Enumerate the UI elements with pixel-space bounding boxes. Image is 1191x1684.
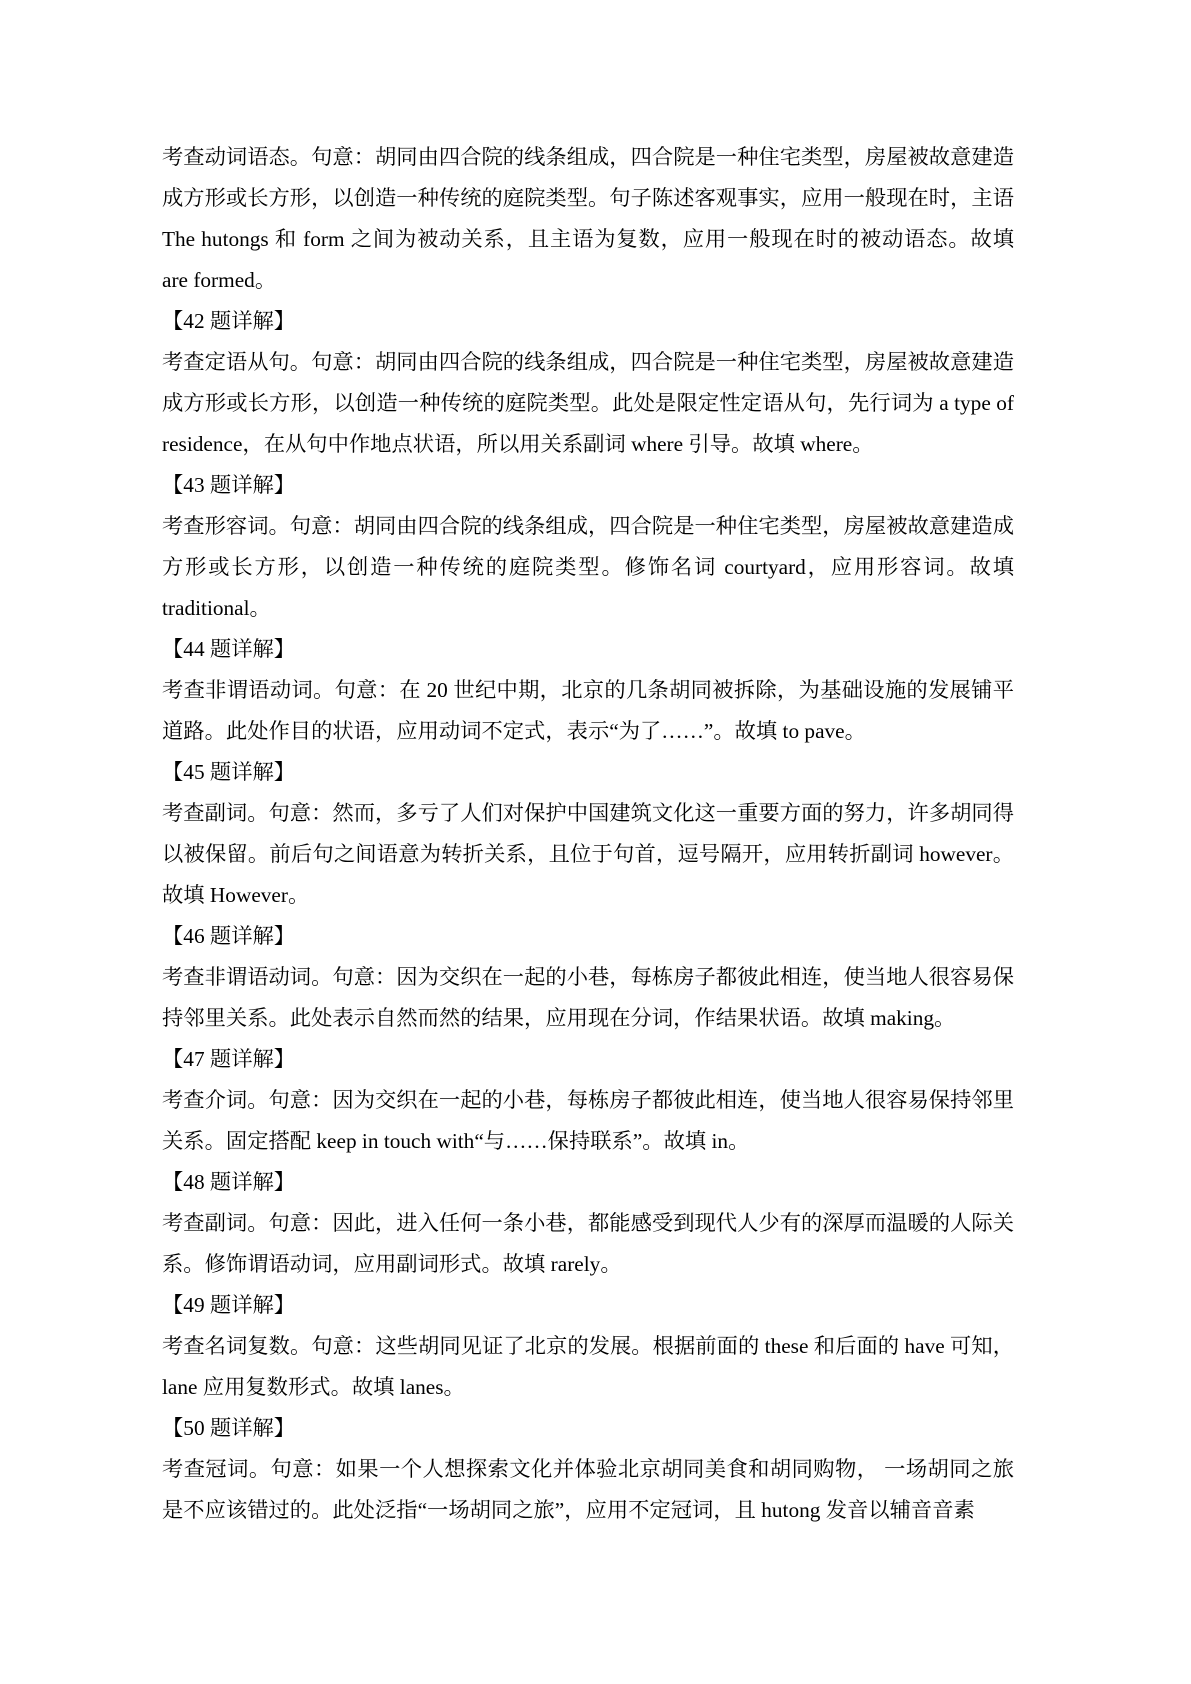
explanation-paragraph-q48: 考查副词。句意：因此，进入任何一条小巷，都能感受到现代人少有的深厚而温暖的人际关… (162, 1203, 1014, 1285)
explanation-paragraph-q45: 考查副词。句意：然而，多亏了人们对保护中国建筑文化这一重要方面的努力，许多胡同得… (162, 793, 1014, 916)
document-content: 考查动词语态。句意：胡同由四合院的线条组成，四合院是一种住宅类型，房屋被故意建造… (162, 137, 1014, 1531)
explanation-paragraph-q41: 考查动词语态。句意：胡同由四合院的线条组成，四合院是一种住宅类型，房屋被故意建造… (162, 137, 1014, 301)
explanation-paragraph-q44: 考查非谓语动词。句意：在 20 世纪中期，北京的几条胡同被拆除，为基础设施的发展… (162, 670, 1014, 752)
heading-q42: 【42 题详解】 (162, 301, 1014, 342)
heading-q50: 【50 题详解】 (162, 1408, 1014, 1449)
document-page: 考查动词语态。句意：胡同由四合院的线条组成，四合院是一种住宅类型，房屋被故意建造… (0, 0, 1191, 1684)
heading-q47: 【47 题详解】 (162, 1039, 1014, 1080)
heading-q46: 【46 题详解】 (162, 916, 1014, 957)
explanation-paragraph-q47: 考查介词。句意：因为交织在一起的小巷，每栋房子都彼此相连，使当地人很容易保持邻里… (162, 1080, 1014, 1162)
explanation-paragraph-q46: 考查非谓语动词。句意：因为交织在一起的小巷，每栋房子都彼此相连，使当地人很容易保… (162, 957, 1014, 1039)
explanation-paragraph-q43: 考查形容词。句意：胡同由四合院的线条组成，四合院是一种住宅类型，房屋被故意建造成… (162, 506, 1014, 629)
heading-q48: 【48 题详解】 (162, 1162, 1014, 1203)
heading-q49: 【49 题详解】 (162, 1285, 1014, 1326)
heading-q45: 【45 题详解】 (162, 752, 1014, 793)
heading-q43: 【43 题详解】 (162, 465, 1014, 506)
heading-q44: 【44 题详解】 (162, 629, 1014, 670)
explanation-paragraph-q49: 考查名词复数。句意：这些胡同见证了北京的发展。根据前面的 these 和后面的 … (162, 1326, 1014, 1408)
explanation-paragraph-q50: 考查冠词。句意：如果一个人想探索文化并体验北京胡同美食和胡同购物， 一场胡同之旅… (162, 1449, 1014, 1531)
explanation-paragraph-q42: 考查定语从句。句意：胡同由四合院的线条组成，四合院是一种住宅类型，房屋被故意建造… (162, 342, 1014, 465)
